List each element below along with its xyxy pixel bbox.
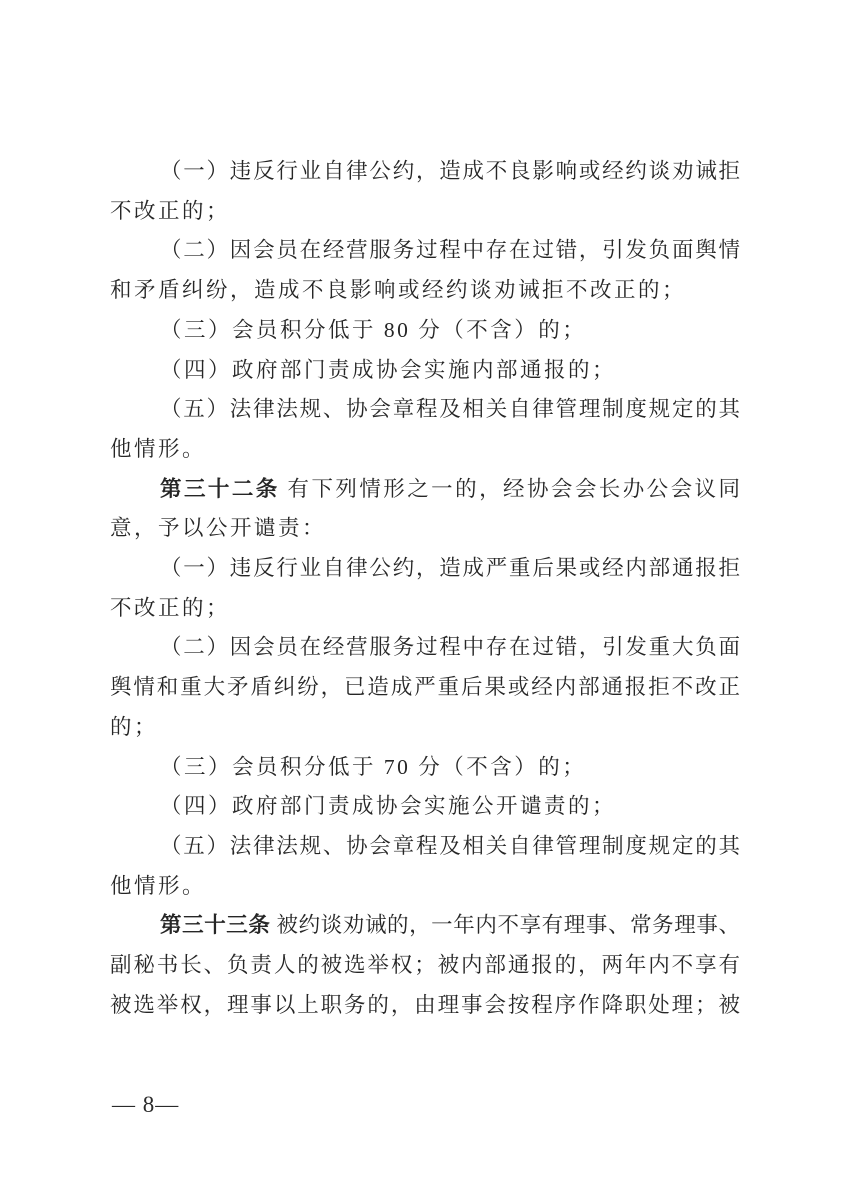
- text-segment: 有下列情形之一的，经协会会长办公会议同: [280, 477, 740, 501]
- paragraph: （三）会员积分低于 70 分（不含）的；: [110, 748, 740, 788]
- paragraph: （三）会员积分低于 80 分（不含）的；: [110, 311, 740, 351]
- article-number: 第三十三条: [160, 913, 271, 937]
- text-segment: 他情形。: [110, 874, 206, 898]
- text-line: 和矛盾纠纷，造成不良影响或经约谈劝诫拒不改正的；: [110, 271, 740, 311]
- paragraph: （二）因会员在经营服务过程中存在过错，引发负面舆情和矛盾纠纷，造成不良影响或经约…: [110, 231, 740, 310]
- text-line: 舆情和重大矛盾纠纷，已造成严重后果或经内部通报拒不改正: [110, 668, 740, 708]
- page-number: — 8—: [112, 1092, 179, 1118]
- text-segment: 被选举权，理事以上职务的，由理事会按程序作降职处理；被: [110, 993, 740, 1017]
- paragraph: （四）政府部门责成协会实施公开谴责的；: [110, 787, 740, 827]
- paragraph: （四）政府部门责成协会实施内部通报的；: [110, 351, 740, 391]
- article-number: 第三十二条: [160, 477, 280, 501]
- paragraph: 第三十三条 被约谈劝诫的，一年内不享有理事、常务理事、副秘书长、负责人的被选举权…: [110, 906, 740, 1025]
- document-page: （一）违反行业自律公约，造成不良影响或经约谈劝诫拒不改正的；（二）因会员在经营服…: [0, 0, 850, 1203]
- text-segment: （三）会员积分低于 70 分（不含）的；: [160, 755, 586, 779]
- text-line: （四）政府部门责成协会实施内部通报的；: [110, 351, 740, 391]
- text-segment: 的；: [110, 715, 158, 739]
- paragraph: 第三十二条 有下列情形之一的，经协会会长办公会议同意，予以公开谴责：: [110, 470, 740, 549]
- paragraph: （一）违反行业自律公约，造成严重后果或经内部通报拒不改正的；: [110, 549, 740, 628]
- text-segment: 副秘书长、负责人的被选举权；被内部通报的，两年内不享有: [110, 953, 740, 977]
- paragraph: （二）因会员在经营服务过程中存在过错，引发重大负面舆情和重大矛盾纠纷，已造成严重…: [110, 628, 740, 747]
- text-line: 不改正的；: [110, 192, 740, 232]
- text-segment: 不改正的；: [110, 199, 230, 223]
- text-segment: （一）违反行业自律公约，造成不良影响或经约谈劝诫拒: [160, 159, 740, 183]
- text-line: 不改正的；: [110, 589, 740, 629]
- text-segment: （五）法律法规、协会章程及相关自律管理制度规定的其: [160, 397, 740, 421]
- text-segment: （四）政府部门责成协会实施内部通报的；: [160, 358, 616, 382]
- document-body: （一）违反行业自律公约，造成不良影响或经约谈劝诫拒不改正的；（二）因会员在经营服…: [110, 152, 740, 1025]
- text-line: 被选举权，理事以上职务的，由理事会按程序作降职处理；被: [110, 986, 740, 1026]
- text-line: 意，予以公开谴责：: [110, 509, 740, 549]
- text-line: 第三十三条 被约谈劝诫的，一年内不享有理事、常务理事、: [110, 906, 740, 946]
- text-line: （四）政府部门责成协会实施公开谴责的；: [110, 787, 740, 827]
- text-segment: （三）会员积分低于 80 分（不含）的；: [160, 318, 586, 342]
- text-segment: （二）因会员在经营服务过程中存在过错，引发负面舆情: [160, 238, 740, 262]
- text-line: 他情形。: [110, 430, 740, 470]
- text-line: （二）因会员在经营服务过程中存在过错，引发负面舆情: [110, 231, 740, 271]
- text-line: （二）因会员在经营服务过程中存在过错，引发重大负面: [110, 628, 740, 668]
- text-line: （一）违反行业自律公约，造成严重后果或经内部通报拒: [110, 549, 740, 589]
- text-line: 第三十二条 有下列情形之一的，经协会会长办公会议同: [110, 470, 740, 510]
- text-segment: （四）政府部门责成协会实施公开谴责的；: [160, 794, 616, 818]
- text-line: （五）法律法规、协会章程及相关自律管理制度规定的其: [110, 390, 740, 430]
- text-line: 副秘书长、负责人的被选举权；被内部通报的，两年内不享有: [110, 946, 740, 986]
- text-segment: （五）法律法规、协会章程及相关自律管理制度规定的其: [160, 834, 740, 858]
- text-segment: 被约谈劝诫的，一年内不享有理事、常务理事、: [271, 913, 740, 937]
- paragraph: （五）法律法规、协会章程及相关自律管理制度规定的其他情形。: [110, 390, 740, 469]
- text-segment: （二）因会员在经营服务过程中存在过错，引发重大负面: [160, 635, 740, 659]
- text-segment: 舆情和重大矛盾纠纷，已造成严重后果或经内部通报拒不改正: [110, 675, 740, 699]
- text-line: （三）会员积分低于 70 分（不含）的；: [110, 748, 740, 788]
- text-line: （五）法律法规、协会章程及相关自律管理制度规定的其: [110, 827, 740, 867]
- text-segment: 意，予以公开谴责：: [110, 516, 326, 540]
- text-segment: 和矛盾纠纷，造成不良影响或经约谈劝诫拒不改正的；: [110, 278, 686, 302]
- text-line: （一）违反行业自律公约，造成不良影响或经约谈劝诫拒: [110, 152, 740, 192]
- text-line: 他情形。: [110, 867, 740, 907]
- text-segment: 他情形。: [110, 437, 206, 461]
- paragraph: （一）违反行业自律公约，造成不良影响或经约谈劝诫拒不改正的；: [110, 152, 740, 231]
- text-segment: （一）违反行业自律公约，造成严重后果或经内部通报拒: [160, 556, 740, 580]
- paragraph: （五）法律法规、协会章程及相关自律管理制度规定的其他情形。: [110, 827, 740, 906]
- text-line: （三）会员积分低于 80 分（不含）的；: [110, 311, 740, 351]
- text-segment: 不改正的；: [110, 596, 230, 620]
- text-line: 的；: [110, 708, 740, 748]
